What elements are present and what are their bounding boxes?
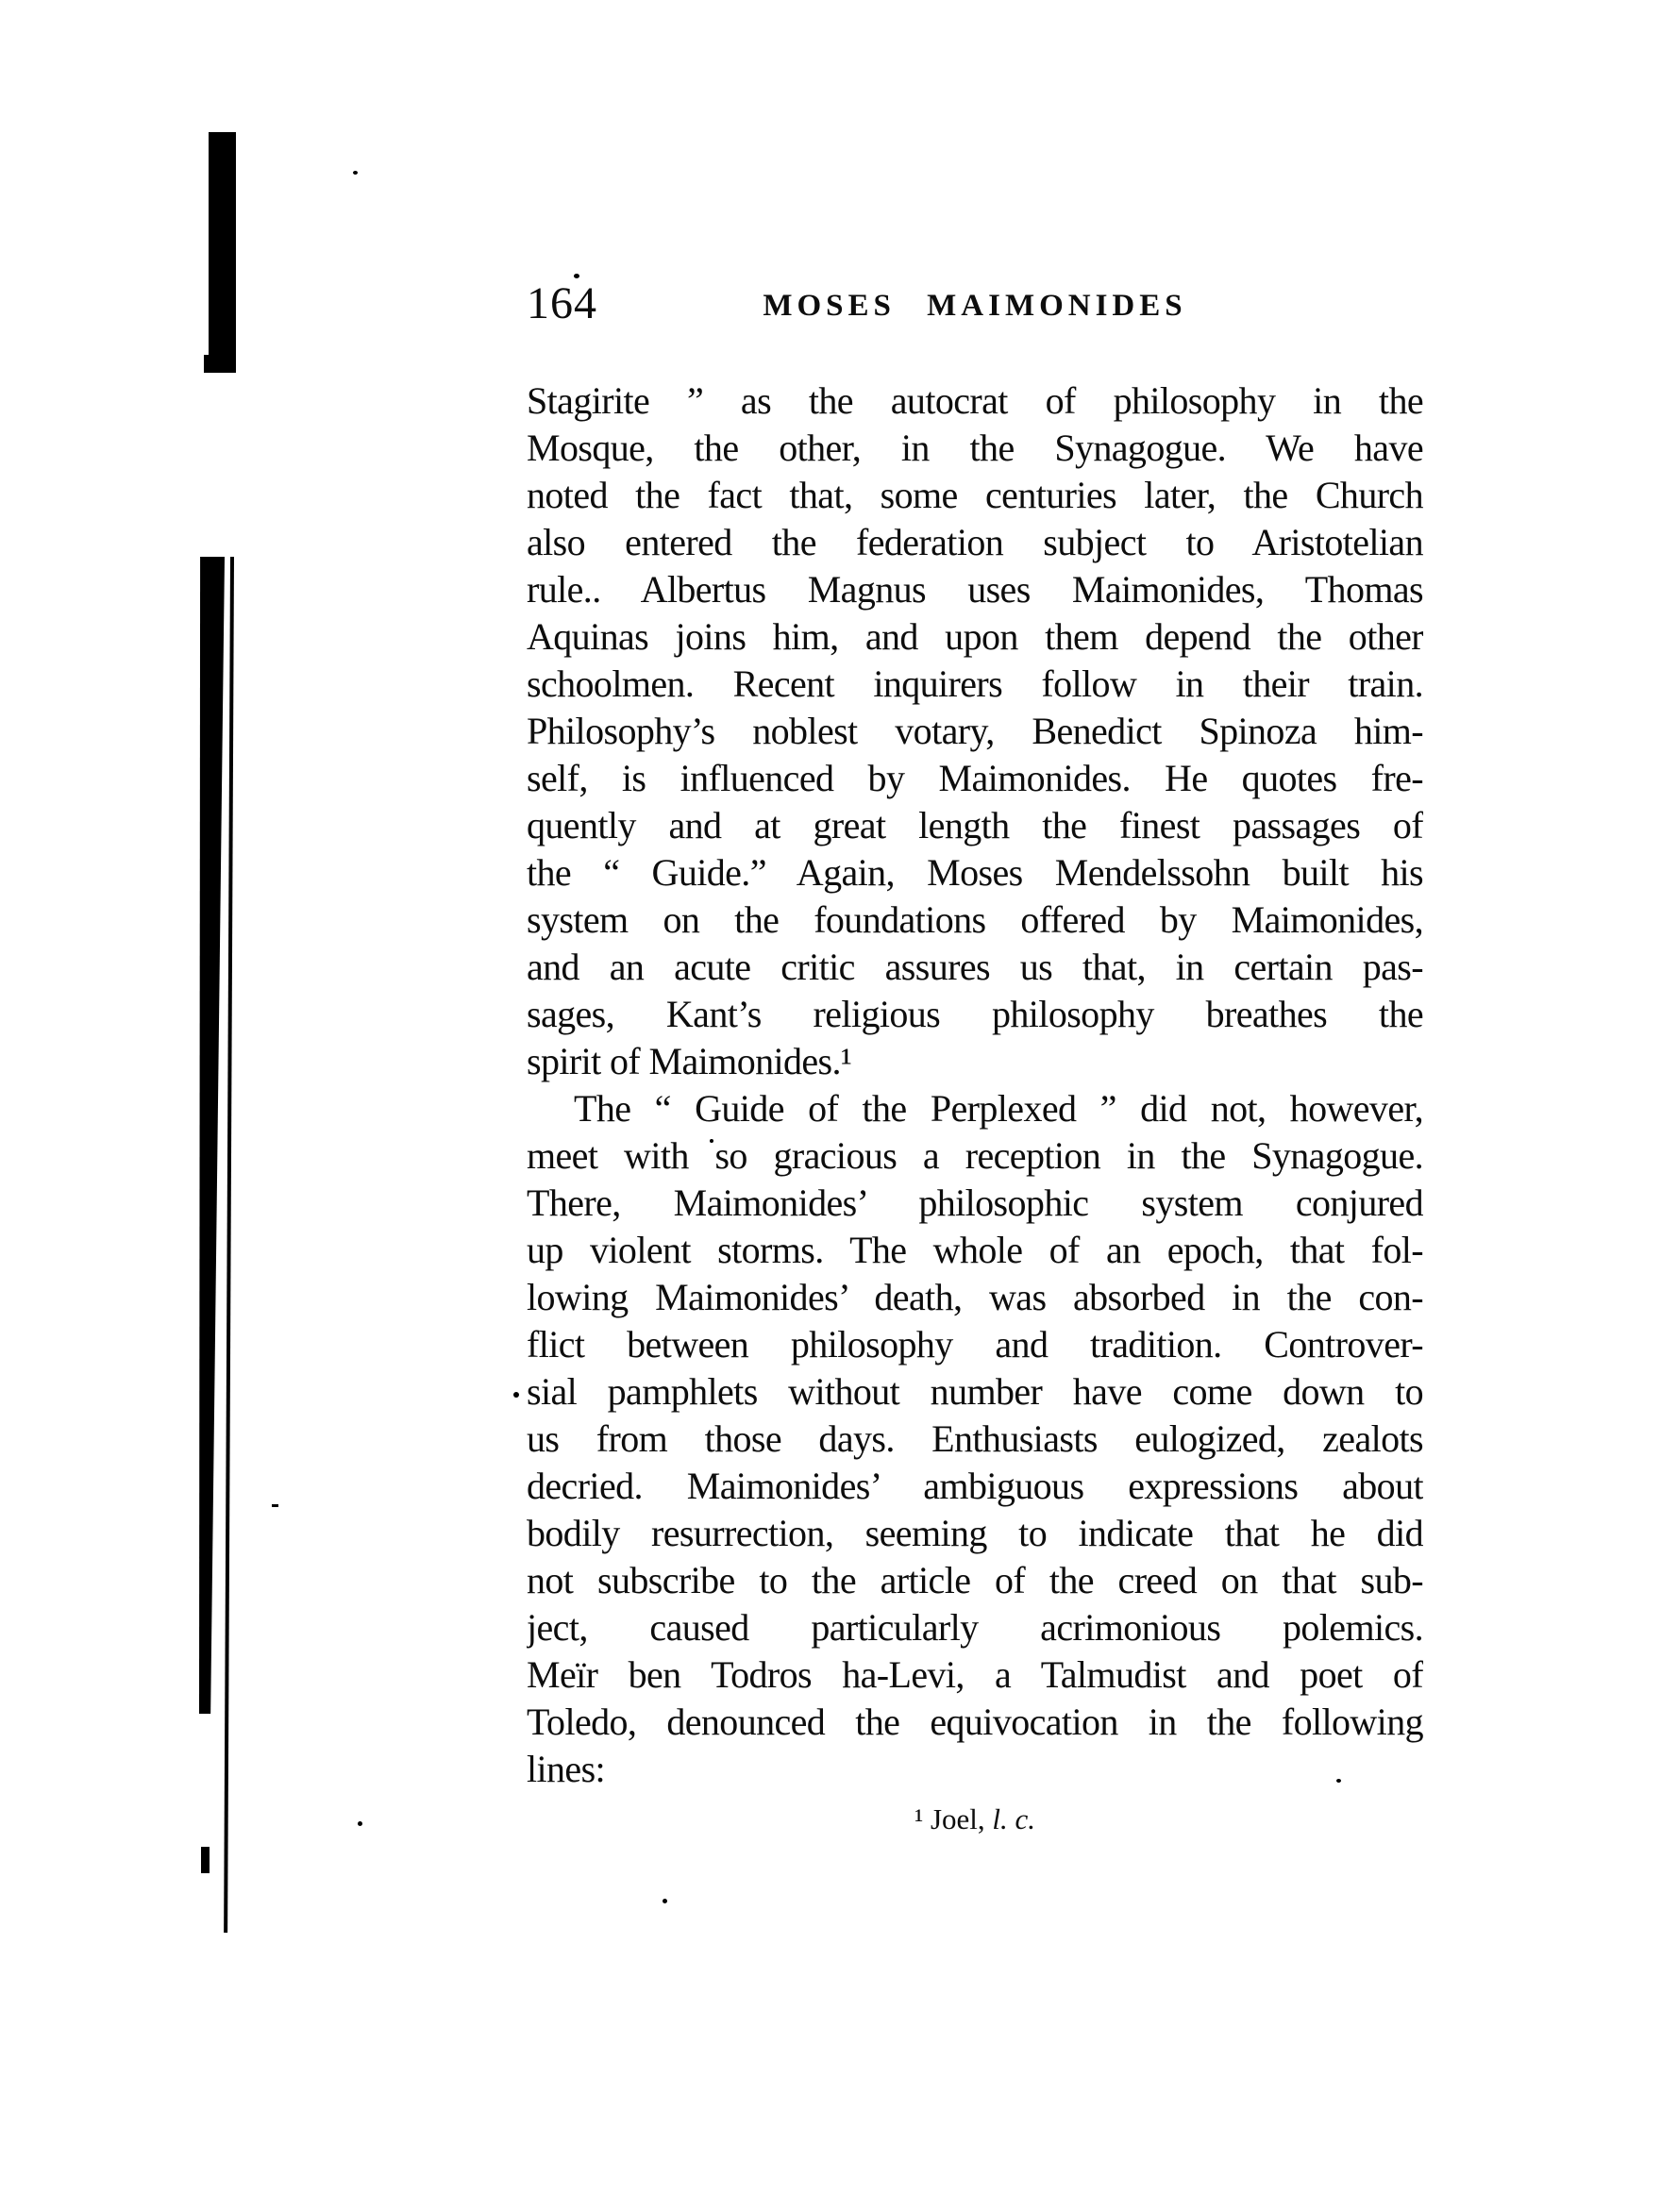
scan-speck bbox=[358, 1821, 362, 1826]
text-line: also entered the federation subject to A… bbox=[527, 519, 1423, 566]
scan-artifact-line bbox=[224, 557, 234, 1933]
text-line: Philosophy’s noblest votary, Benedict Sp… bbox=[527, 708, 1423, 755]
text-line: rule.. Albertus Magnus uses Maimonides, … bbox=[527, 566, 1423, 613]
scan-speck bbox=[272, 1504, 278, 1507]
running-head: MOSES MAIMONIDES bbox=[527, 289, 1423, 323]
text-line: bodily resurrection, seeming to indicate… bbox=[527, 1510, 1423, 1557]
text-line: lines: bbox=[527, 1746, 1423, 1793]
text-line: decried. Maimonides’ ambiguous expressio… bbox=[527, 1463, 1423, 1510]
text-line: sages, Kant’s religious philosophy breat… bbox=[527, 991, 1423, 1038]
text-line: Toledo, denounced the equivocation in th… bbox=[527, 1699, 1423, 1746]
scanned-book-page: 164 MOSES MAIMONIDES Stagirite ” as the … bbox=[0, 0, 1661, 2212]
text-line: noted the fact that, some centuries late… bbox=[527, 472, 1423, 519]
footnote-text: Joel, bbox=[931, 1802, 985, 1835]
text-line: the “ Guide.” Again, Moses Mendelssohn b… bbox=[527, 849, 1423, 897]
footnote: ¹ Joel, l. c. bbox=[527, 1802, 1423, 1836]
text-line: Aquinas joins him, and upon them depend … bbox=[527, 613, 1423, 661]
text-line: and an acute critic assures us that, in … bbox=[527, 944, 1423, 991]
text-block: Stagirite ” as the autocrat of philosoph… bbox=[527, 377, 1423, 1793]
scan-speck bbox=[353, 171, 358, 175]
text-line: schoolmen. Recent inquirers follow in th… bbox=[527, 661, 1423, 708]
text-line: spirit of Maimonides.¹ bbox=[527, 1038, 1423, 1085]
text-line: self, is influenced by Maimonides. He qu… bbox=[527, 755, 1423, 802]
text-line: lowing Maimonides’ death, was absorbed i… bbox=[527, 1274, 1423, 1321]
text-line: Mosque, the other, in the Synagogue. We … bbox=[527, 425, 1423, 472]
footnote-marker: ¹ bbox=[914, 1802, 923, 1835]
scan-artifact-bar bbox=[209, 132, 236, 361]
scan-artifact-bar bbox=[204, 355, 236, 373]
text-line: Meïr ben Todros ha-Levi, a Talmudist and… bbox=[527, 1651, 1423, 1699]
text-line: meet with so gracious a reception in the… bbox=[527, 1132, 1423, 1180]
scan-artifact-dash bbox=[201, 1847, 210, 1873]
text-line: Stagirite ” as the autocrat of philosoph… bbox=[527, 377, 1423, 425]
scan-speck bbox=[513, 1392, 519, 1398]
text-line: system on the foundations offered by Mai… bbox=[527, 897, 1423, 944]
text-line: us from those days. Enthusiasts eulogize… bbox=[527, 1416, 1423, 1463]
text-line: There, Maimonides’ philosophic system co… bbox=[527, 1180, 1423, 1227]
text-line: The “ Guide of the Perplexed ” did not, … bbox=[527, 1085, 1423, 1132]
text-line: not subscribe to the article of the cree… bbox=[527, 1557, 1423, 1604]
footnote-reference: l. c. bbox=[992, 1802, 1035, 1835]
text-line: flict between philosophy and tradition. … bbox=[527, 1321, 1423, 1368]
scan-artifact-bar bbox=[199, 557, 225, 1714]
text-line: quently and at great length the finest p… bbox=[527, 802, 1423, 849]
text-line: sial pamphlets without number have come … bbox=[527, 1368, 1423, 1416]
scan-speck bbox=[663, 1899, 667, 1903]
text-line: ject, caused particularly acrimonious po… bbox=[527, 1604, 1423, 1651]
text-line: up violent storms. The whole of an epoch… bbox=[527, 1227, 1423, 1274]
